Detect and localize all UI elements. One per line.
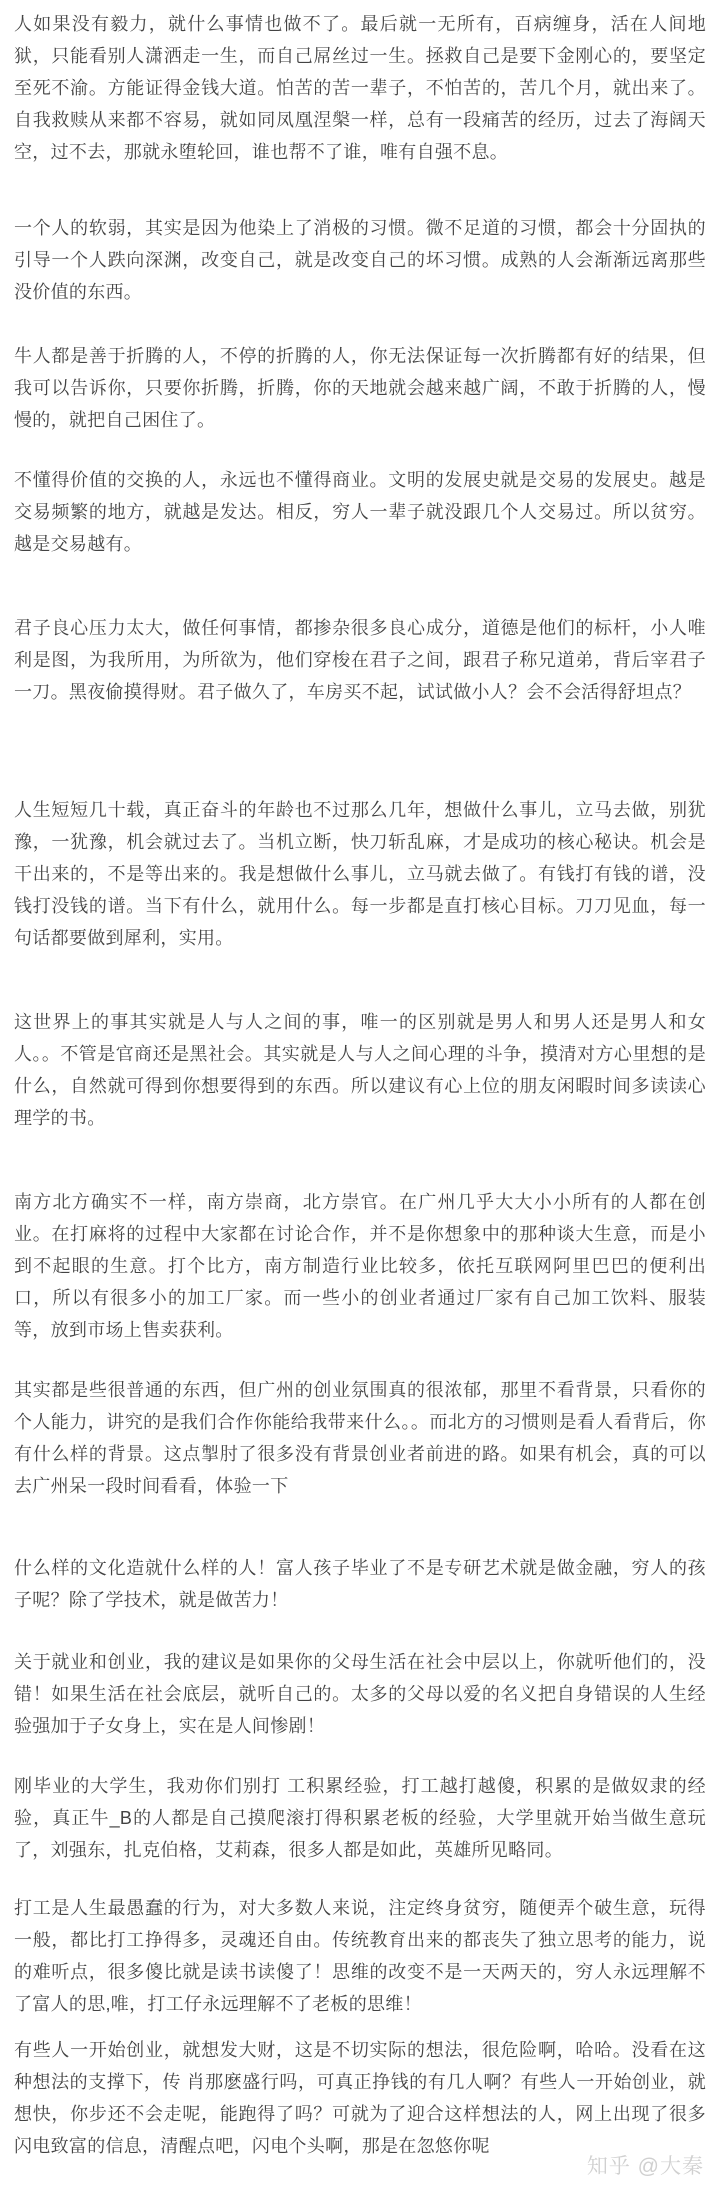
paragraph: 不懂得价值的交换的人，永远也不懂得商业。文明的发展史就是交易的发展史。越是交易频…	[14, 464, 706, 560]
paragraph: 南方北方确实不一样，南方崇商，北方崇官。在广州几乎大大小小所有的人都在创业。在打…	[14, 1186, 706, 1346]
paragraph: 人生短短几十载，真正奋斗的年龄也不过那么几年，想做什么事儿，立马去做，别犹豫，一…	[14, 794, 706, 954]
paragraph: 这世界上的事其实就是人与人之间的事，唯一的区别就是男人和男人还是男人和女人。。不…	[14, 1006, 706, 1134]
paragraph: 什么样的文化造就什么样的人！富人孩子毕业了不是专研艺术就是做金融，穷人的孩子呢？…	[14, 1552, 706, 1616]
paragraph: 其实都是些很普通的东西，但广州的创业氛围真的很浓郁，那里不看背景，只看你的个人能…	[14, 1374, 706, 1502]
paragraph: 关于就业和创业，我的建议是如果你的父母生活在社会中层以上，你就听他们的，没错！如…	[14, 1646, 706, 1742]
paragraph: 一个人的软弱，其实是因为他染上了消极的习惯。微不足道的习惯，都会十分固执的引导一…	[14, 212, 706, 308]
paragraph: 有些人一开始创业，就想发大财，这是不切实际的想法，很危险啊，哈哈。没看在这种想法…	[14, 2034, 706, 2162]
paragraph: 君子良心压力太大，做任何事情，都掺杂很多良心成分，道德是他们的标杆，小人唯利是图…	[14, 612, 706, 708]
paragraph: 刚毕业的大学生，我劝你们别打 工积累经验，打工越打越傻，积累的是做奴隶的经验，真…	[14, 1770, 706, 1866]
paragraph: 打工是人生最愚蠢的行为，对大多数人来说，注定终身贫穷，随便弄个破生意，玩得一般，…	[14, 1892, 706, 2020]
article-body: 人如果没有毅力，就什么事情也做不了。最后就一无所有，百病缠身，活在人间地狱，只能…	[0, 0, 720, 2162]
zhihu-watermark: 知乎 @大秦	[587, 2150, 704, 2180]
paragraph: 人如果没有毅力，就什么事情也做不了。最后就一无所有，百病缠身，活在人间地狱，只能…	[14, 8, 706, 168]
paragraph: 牛人都是善于折腾的人，不停的折腾的人，你无法保证每一次折腾都有好的结果，但我可以…	[14, 340, 706, 436]
